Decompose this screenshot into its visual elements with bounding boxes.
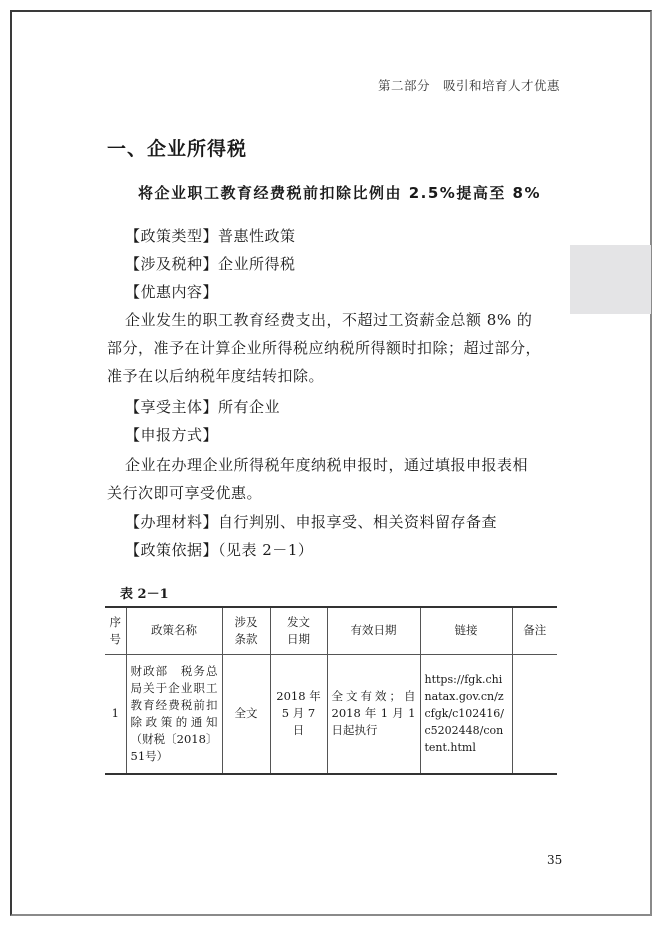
field-filing-label: 【申报方式】 <box>125 422 218 449</box>
cell-remark <box>512 654 557 774</box>
cell-name: 财政部 税务总局关于企业职工教育经费税前扣除政策的通知（财税〔2018〕51号） <box>126 654 222 774</box>
header-effective: 有效日期 <box>327 607 420 654</box>
section-title: 一、企业所得税 <box>107 134 247 161</box>
header-link: 链接 <box>420 607 512 654</box>
page-number: 35 <box>547 853 562 867</box>
cell-effective: 全文有效；自 2018 年 1 月 1 日起执行 <box>327 654 420 774</box>
header-issue-date: 发文日期 <box>270 607 327 654</box>
cell-clause: 全文 <box>222 654 270 774</box>
field-tax-type: 【涉及税种】企业所得税 <box>125 251 296 278</box>
header-clause: 涉及条款 <box>222 607 270 654</box>
field-basis: 【政策依据】（见表 2－1） <box>125 537 313 564</box>
cell-issue-date: 2018 年 5 月 7 日 <box>270 654 327 774</box>
filing-line: 企业在办理企业所得税年度纳税申报时，通过填报申报表相 <box>125 452 528 479</box>
field-beneficiary: 【享受主体】所有企业 <box>125 394 280 421</box>
field-materials: 【办理材料】自行判别、申报享受、相关资料留存备查 <box>125 509 497 536</box>
content-line: 企业发生的职工教育经费支出，不超过工资薪金总额 8% 的 <box>125 307 532 334</box>
field-content-label: 【优惠内容】 <box>125 279 218 306</box>
cell-no: 1 <box>105 654 126 774</box>
header-name: 政策名称 <box>126 607 222 654</box>
policy-title: 将企业职工教育经费税前扣除比例由 2.5%提高至 8% <box>138 182 541 203</box>
header-no: 序号 <box>105 607 126 654</box>
running-head: 第二部分 吸引和培育人才优惠 <box>378 76 560 94</box>
cell-link[interactable]: https://fgk.chinatax.gov.cn/zcfgk/c10241… <box>420 654 512 774</box>
table-row: 1 财政部 税务总局关于企业职工教育经费税前扣除政策的通知（财税〔2018〕51… <box>105 654 557 774</box>
table-header-row: 序号 政策名称 涉及条款 发文日期 有效日期 链接 备注 <box>105 607 557 654</box>
filing-line: 关行次即可享受优惠。 <box>107 480 262 507</box>
chapter-tab-marker <box>570 245 651 314</box>
policy-table: 序号 政策名称 涉及条款 发文日期 有效日期 链接 备注 1 财政部 税务总局关… <box>105 606 557 775</box>
content-line: 部分，准予在计算企业所得税应纳税所得额时扣除；超过部分， <box>107 335 541 362</box>
field-policy-type: 【政策类型】普惠性政策 <box>125 223 296 250</box>
content-line: 准予在以后纳税年度结转扣除。 <box>107 363 324 390</box>
table-caption: 表 2－1 <box>120 583 169 602</box>
header-remark: 备注 <box>512 607 557 654</box>
